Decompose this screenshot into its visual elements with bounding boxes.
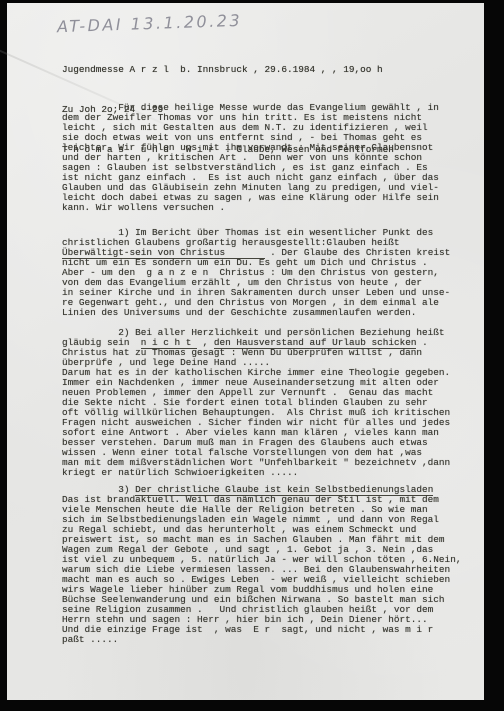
document-body: Für diese heilige Messe wurde das Evange… xyxy=(62,103,480,645)
text-segment: kriegt er natürlich Schwioerigkeiten ...… xyxy=(62,467,298,478)
paragraph: 2) Bei aller Herzlichkeit und persönlich… xyxy=(62,328,480,478)
paragraph: 1) Im Bericht über Thomas ist ein wesent… xyxy=(62,228,480,318)
text-segment: Linien des Universums und der Geschichte… xyxy=(62,307,416,318)
text-line: kriegt er natürlich Schwioerigkeiten ...… xyxy=(62,468,480,478)
scanned-document: AT-DAI 13.1.20.23 Jugendmesse A r z l b.… xyxy=(0,0,504,711)
text-line: paßt ..... xyxy=(62,635,480,645)
text-line: Linien des Universums und der Geschichte… xyxy=(62,308,480,318)
document-page: AT-DAI 13.1.20.23 Jugendmesse A r z l b.… xyxy=(7,3,484,700)
text-segment: paßt ..... xyxy=(62,634,118,645)
text-segment: kann. Wir wollens versuchen . xyxy=(62,202,225,213)
text-line: kann. Wir wollens versuchen . xyxy=(62,203,480,213)
text-line: Und die einzige Frage ist , was E r sagt… xyxy=(62,625,480,635)
archival-signature-annotation: AT-DAI 13.1.20.23 xyxy=(57,11,243,36)
paragraph: Für diese heilige Messe wurde das Evange… xyxy=(62,103,480,213)
doc-title-line: Jugendmesse A r z l b. Innsbruck , 29.6.… xyxy=(62,65,394,75)
paragraph: 3) Der christliche Glaube ist kein Selbs… xyxy=(62,485,480,645)
